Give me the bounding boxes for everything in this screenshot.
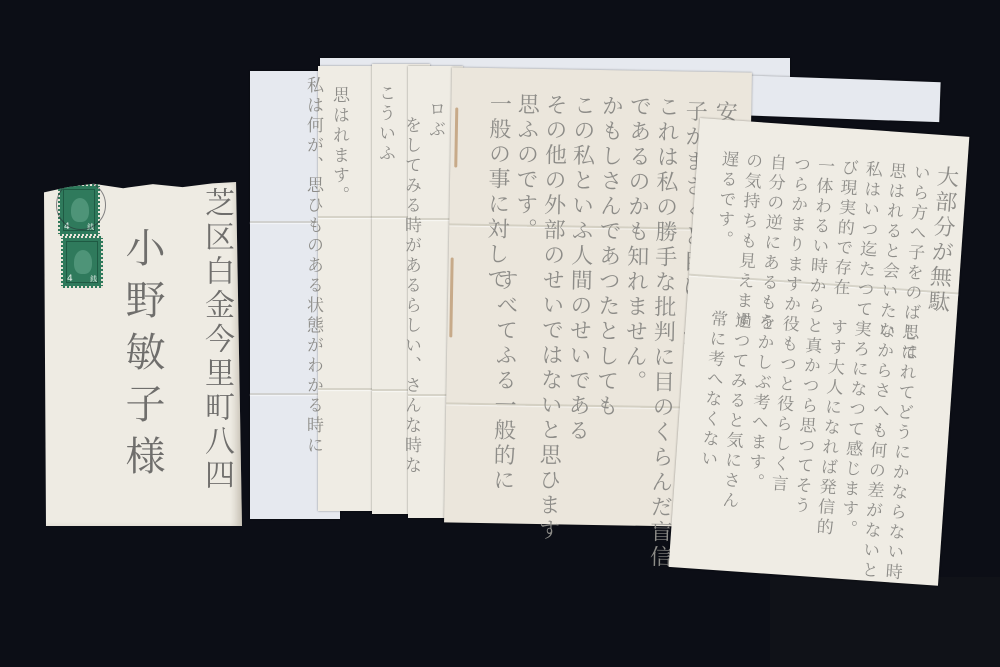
handwritten-column: 思ふのです。	[513, 93, 538, 243]
postage-stamp: 4 銭	[58, 184, 100, 236]
stamp-portrait-icon	[74, 250, 92, 274]
age-stain	[449, 257, 453, 337]
background-patch	[770, 577, 1000, 667]
handwritten-column: 遅るです。	[713, 149, 737, 250]
handwritten-column: であるのかも知れません。	[622, 94, 649, 394]
handwritten-column: 私は何が、思ひものある状態がわかる時に	[304, 76, 321, 496]
handwritten-column: ロぶ	[426, 100, 443, 140]
handwritten-column: その他の外部のせいではないと思ひます	[536, 93, 565, 513]
stamp-denomination: 4	[67, 274, 73, 284]
handwritten-column: こういふ	[376, 84, 393, 164]
letter-sheet-right: 大部分が無駄 いら方へ子をのばして 思はれると会いたい 私はいつ迄たつて び現実…	[669, 118, 970, 586]
handwritten-column: をしてみる時があるらしい、さんな時な	[402, 116, 419, 396]
envelope-recipient: 小野敏子様	[114, 227, 171, 487]
handwritten-column: すべてふる一般的に	[491, 268, 517, 493]
handwritten-column: 一般の事に対して	[484, 92, 509, 292]
handwritten-column: これは私の勝手な批判に目のくらんだ盲信	[648, 95, 677, 515]
handwritten-column: この私といふ人間のせいである	[565, 94, 593, 444]
handwritten-column: 思はれます。	[330, 86, 347, 206]
envelope-address: 芝区白金今里町八四	[194, 187, 238, 493]
handwritten-column: かもしさんであつたとしても	[594, 94, 622, 419]
stamp-unit: 銭	[90, 274, 97, 284]
envelope: 4 銭 4 銭 芝区白金今里町八四 小野敏子様	[44, 182, 242, 526]
age-stain	[454, 107, 458, 167]
postage-stamp: 4 銭	[61, 236, 103, 288]
handwritten-column: び現実的で存在	[830, 158, 857, 299]
